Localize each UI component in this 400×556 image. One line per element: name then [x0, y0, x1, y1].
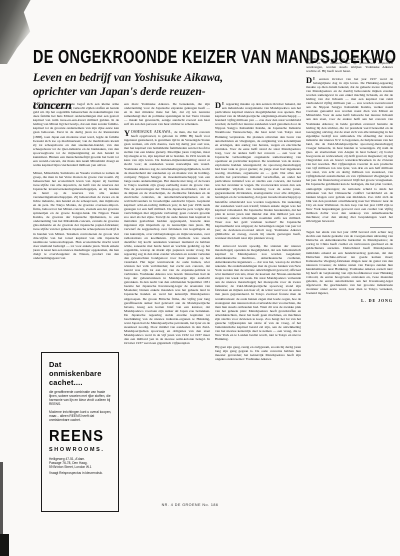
body-paragraph: gepubliceerd. De resultaten van de explo…: [306, 57, 393, 73]
ad-body-text-1: die geraffineerde combinatie van fraaie …: [49, 391, 112, 407]
newspaper-page: DE ONGEKROONDE KEIZER VAN MANDSJOEKWO Le…: [0, 0, 400, 556]
ad-note: Vraagt Reisprospectus in kleurendruk.: [49, 472, 112, 476]
body-column-1: IN de zeventiende eeuw begaf zich een kl…: [33, 102, 119, 348]
body-paragraph: IN de zeventiende eeuw begaf zich een kl…: [33, 102, 119, 167]
body-paragraph: een man: Yoshisuke Aikawa. De beteekenis…: [124, 102, 210, 126]
body-paragraph: DE eersten October van het jaar 1937 wer…: [306, 77, 393, 223]
body-paragraph: Hij gaat zijn gang, rustig en zwijgzaam,…: [215, 345, 301, 361]
scan-artifact-top-left: [0, 0, 35, 64]
body-paragraph: Het antwoord kwam spoedig. De statuten d…: [215, 244, 301, 342]
paragraph-lead-in: E: [222, 102, 226, 106]
body-column-4: gepubliceerd. De resultaten van de explo…: [306, 57, 393, 509]
paragraph-lead-in: N de: [37, 102, 49, 106]
tiny-separator: [370, 227, 392, 228]
body-paragraph: DE regeering maakte op den eersten Octob…: [215, 102, 301, 240]
paragraph-lead-in: OSHISUKE AIKAWA,: [131, 130, 174, 134]
author-signature: L. DE JONG: [306, 299, 393, 303]
ad-title-line-3: cachet....: [49, 379, 112, 388]
reens-advertisement: Dat onmiskenbare cachet.... die geraffin…: [41, 352, 119, 512]
body-paragraph: Tegen het einde van het jaar 1938 bevond…: [306, 230, 393, 295]
paragraph-lead-in: E: [313, 77, 319, 81]
body-column-3: DE regeering maakte op den eersten Octob…: [215, 102, 301, 509]
drop-cap: Y: [124, 130, 131, 137]
subtitle-line-1: Leven en bedrijf van Yoshisuke Aikawa,: [33, 71, 243, 85]
drop-cap: D: [306, 77, 313, 84]
ad-title: Dat onmiskenbare cachet....: [49, 361, 112, 387]
body-paragraph: Mitsui, Mitsubishi, Sumitomo en Yasuda v…: [33, 171, 119, 260]
scan-artifact-bottom-left: [0, 534, 9, 556]
ad-body-text-2: Moderne inrichtingen kunt u overal koope…: [49, 411, 112, 423]
drop-cap: D: [215, 102, 222, 109]
ad-address-3: 59 Brixton Street, London W.1: [49, 465, 112, 469]
page-footer: NR. 4 DE GROENE No. 186: [110, 503, 270, 507]
body-paragraph: YOSHISUKE AIKAWA, de man, die het concer…: [124, 130, 210, 345]
body-column-2: een man: Yoshisuke Aikawa. De beteekenis…: [124, 102, 210, 509]
ad-addresses: Heiligeweg 47-51, A'dam. Passage 76-78, …: [49, 457, 112, 469]
ad-brand-subtitle: SHOWROOMS.: [49, 447, 112, 453]
ad-brand-name: REENS: [49, 428, 108, 446]
